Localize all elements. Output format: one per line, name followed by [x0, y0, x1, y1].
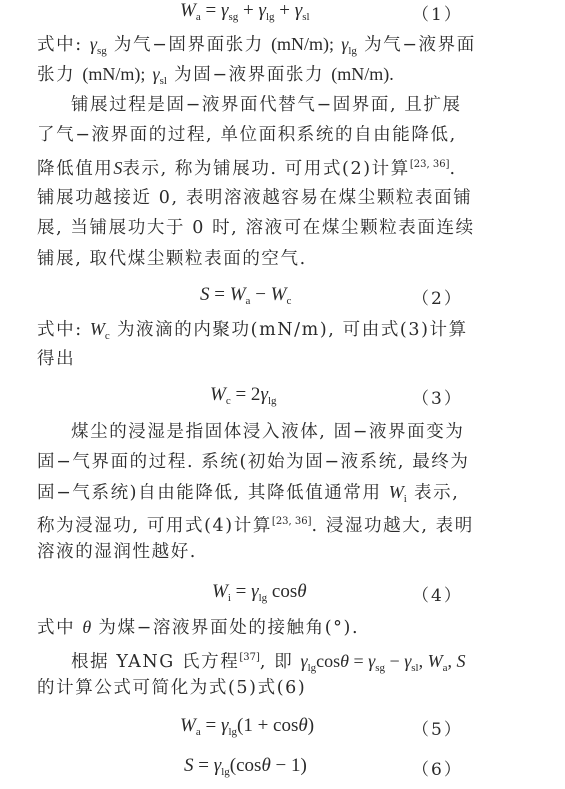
paragraph-line: 溶液的湿润性越好.: [37, 541, 457, 563]
paragraph-line: 张力 (mN/m); γsl 为固−液界面张力 (mN/m).: [37, 63, 457, 92]
equation-2-formula: S = Wa − Wc: [200, 284, 291, 307]
equation-number: （1）: [412, 0, 463, 25]
equation-6: S = γlg(cosθ − 1) （6）: [0, 755, 565, 781]
equation-5-formula: Wa = γlg(1 + cosθ): [180, 715, 314, 738]
equation-4: Wi = γlg cosθ （4）: [0, 581, 565, 607]
equation-1: Wa = γsg + γlg + γsl （1）: [0, 0, 565, 26]
equation-number: （3）: [412, 384, 463, 409]
equation-2: S = Wa − Wc （2）: [0, 284, 565, 310]
paragraph-line: 固−气系统)自由能降低, 其降低值通常用 Wi 表示,: [37, 481, 457, 510]
paragraph-line: 式中: Wc 为液滴的内聚功(mN/m), 可由式(3)计算: [37, 318, 457, 347]
paragraph-line: 铺展过程是固−液界面代替气−固界面, 且扩展: [71, 94, 457, 116]
citation[interactable]: [37]: [239, 652, 260, 663]
equation-number: （5）: [412, 715, 463, 740]
equation-number: （4）: [412, 581, 463, 606]
paragraph-line: 称为浸湿功, 可用式(4)计算[23, 36]. 浸湿功越大, 表明: [37, 511, 457, 537]
paragraph-line: 铺展, 取代煤尘颗粒表面的空气.: [37, 248, 457, 270]
paragraph-line: 式中: γsg 为气−固界面张力 (mN/m); γlg 为气−液界面: [37, 33, 457, 62]
paragraph-line: 得出: [37, 348, 457, 370]
paragraph-line: 根据 YANG 氏方程[37], 即 γlgcosθ = γsg − γsl, …: [71, 647, 457, 679]
paragraph-line: 固−气界面的过程. 系统(初始为固−液系统, 最终为: [37, 451, 457, 473]
citation[interactable]: [23, 36]: [410, 159, 450, 170]
citation[interactable]: [23, 36]: [272, 516, 312, 527]
paragraph-line: 的计算公式可简化为式(5)式(6): [37, 677, 457, 699]
equation-1-formula: Wa = γsg + γlg + γsl: [180, 0, 310, 23]
paragraph-line: 煤尘的浸湿是指固体浸入液体, 固−液界面变为: [71, 421, 457, 443]
paragraph-line: 式中 θ 为煤−溶液界面处的接触角(°).: [37, 616, 457, 639]
paragraph-line: 降低值用S表示, 称为铺展功. 可用式(2)计算[23, 36].: [37, 154, 457, 180]
paragraph-line: 铺展功越接近 0, 表明溶液越容易在煤尘颗粒表面铺: [37, 187, 457, 209]
equation-number: （6）: [412, 755, 463, 780]
paragraph-line: 展, 当铺展功大于 0 时, 溶液可在煤尘颗粒表面连续: [37, 217, 457, 239]
paragraph-line: 了气−液界面的过程, 单位面积系统的自由能降低,: [37, 124, 457, 146]
equation-5: Wa = γlg(1 + cosθ) （5）: [0, 715, 565, 741]
equation-3: Wc = 2γlg （3）: [0, 384, 565, 410]
equation-number: （2）: [412, 284, 463, 309]
equation-4-formula: Wi = γlg cosθ: [212, 581, 307, 604]
equation-6-formula: S = γlg(cosθ − 1): [184, 755, 307, 778]
equation-3-formula: Wc = 2γlg: [210, 384, 277, 407]
